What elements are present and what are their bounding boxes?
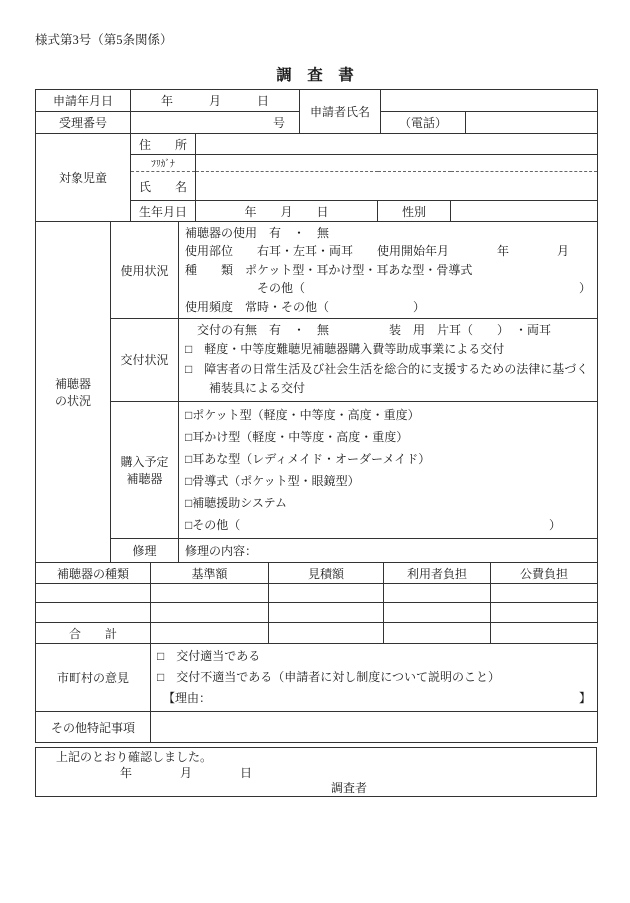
application-date-field: 年 月 日: [131, 90, 300, 112]
hearing-aid-section-label: 補聴器 の状況: [36, 222, 111, 563]
confirmation-block: 上記のとおり確認しました。 年 月 日 調査者: [35, 747, 597, 797]
planned-in-ear-checkbox-line: □耳あな型（レディメイド・オーダーメイド）: [185, 448, 591, 470]
grant-line-existence: 交付の有無 有 ・ 無 装 用 片耳（ ） ・両耳: [185, 321, 591, 340]
cost-row-1: [36, 584, 598, 603]
opinion-appropriate-checkbox-line: □ 交付適当である: [157, 646, 591, 667]
planned-purchase-label-line2: 補聴器: [111, 470, 178, 487]
cost-table: 補聴器の種類 基準額 見積額 利用者負担 公費負担 合: [35, 562, 598, 644]
cost-cell-public-share-1: [491, 584, 598, 603]
usage-line-type: 種 類 ポケット型・耳かけ型・耳あな型・骨導式: [185, 261, 591, 279]
target-child-section-label: 対象児童: [36, 134, 131, 222]
cost-total-label: 合 計: [36, 623, 151, 644]
confirmation-date-line: 年 月 日: [36, 766, 596, 781]
receipt-number-label: 受理番号: [36, 112, 131, 134]
other-notes-field: [151, 712, 598, 743]
cost-header-user-share: 利用者負担: [384, 563, 491, 584]
repair-label: 修理: [111, 539, 179, 563]
target-child-table: 対象児童 住 所 ﾌﾘｶﾞﾅ 氏 名 生年月日 年 月 日 性別: [35, 133, 598, 222]
cost-cell-public-share-2: [491, 603, 598, 623]
cost-header-type: 補聴器の種類: [36, 563, 151, 584]
grant-status-row: 交付状況 交付の有無 有 ・ 無 装 用 片耳（ ） ・両耳 □ 軽度・中等度難…: [36, 319, 598, 402]
form-number: 様式第3号（第5条関係）: [35, 30, 173, 48]
cost-header-public-share: 公費負担: [491, 563, 598, 584]
hearing-aid-section-label-line1: 補聴器: [36, 375, 110, 392]
address-row: 対象児童 住 所: [36, 134, 598, 155]
cost-total-standard: [151, 623, 269, 644]
planned-purchase-label-line1: 購入予定: [111, 453, 178, 470]
applicant-table: 申請年月日 年 月 日 申請者氏名 受理番号 号 （電話）: [35, 89, 598, 134]
hearing-aid-status-table: 補聴器 の状況 使用状況 補聴器の使用 有 ・ 無 使用部位 右耳・左耳・両耳 …: [35, 221, 598, 563]
furigana-label: ﾌﾘｶﾞﾅ: [131, 155, 196, 172]
repair-row: 修理 修理の内容：: [36, 539, 598, 563]
cost-cell-standard-1: [151, 584, 269, 603]
municipality-opinion-row: 市町村の意見 □ 交付適当である □ 交付不適当である（申請者に対し制度について…: [36, 644, 598, 712]
phone-field: [466, 112, 598, 134]
receipt-number-field: 号: [131, 112, 300, 134]
opinion-inappropriate-checkbox-line: □ 交付不適当である（申請者に対し制度について説明のこと）: [157, 667, 591, 688]
usage-line-other: その他（ ）: [185, 279, 591, 297]
applicant-name-field: [381, 90, 598, 112]
planned-purchase-content: □ポケット型（軽度・中等度・高度・重度） □耳かけ型（軽度・中等度・高度・重度）…: [179, 401, 598, 539]
cost-cell-user-share-2: [384, 603, 491, 623]
usage-status-row: 補聴器 の状況 使用状況 補聴器の使用 有 ・ 無 使用部位 右耳・左耳・両耳 …: [36, 222, 598, 319]
usage-status-label: 使用状況: [111, 222, 179, 319]
usage-line-frequency: 使用頻度 常時・その他（ ）: [185, 298, 591, 316]
municipality-opinion-label: 市町村の意見: [36, 644, 151, 712]
hearing-aid-section-label-line2: の状況: [36, 392, 110, 409]
usage-other-close-paren: ）: [579, 279, 591, 297]
cost-header-row: 補聴器の種類 基準額 見積額 利用者負担 公費負担: [36, 563, 598, 584]
form-title: 調 査 書: [0, 63, 630, 85]
planned-other-close-paren: ）: [549, 514, 591, 536]
usage-line-has-aid: 補聴器の使用 有 ・ 無: [185, 224, 591, 242]
cost-cell-type-2: [36, 603, 151, 623]
opinion-table: 市町村の意見 □ 交付適当である □ 交付不適当である（申請者に対し制度について…: [35, 643, 598, 743]
cost-cell-estimate-2: [269, 603, 384, 623]
usage-line-ear-start: 使用部位 右耳・左耳・両耳 使用開始年月 年 月: [185, 242, 591, 260]
birthdate-field: 年 月 日: [196, 201, 378, 222]
gender-field: [451, 201, 598, 222]
cost-row-2: [36, 603, 598, 623]
cost-cell-estimate-1: [269, 584, 384, 603]
repair-content: 修理の内容：: [179, 539, 598, 563]
confirmation-statement: 上記のとおり確認しました。: [36, 750, 596, 765]
gender-label: 性別: [378, 201, 451, 222]
planned-pocket-checkbox-line: □ポケット型（軽度・中等度・高度・重度）: [185, 404, 591, 426]
cost-total-public-share: [491, 623, 598, 644]
usage-other-left: その他（: [185, 279, 305, 297]
planned-other-left: □その他（: [185, 514, 240, 536]
grant-status-label: 交付状況: [111, 319, 179, 402]
cost-total-estimate: [269, 623, 384, 644]
cost-total-user-share: [384, 623, 491, 644]
phone-label: （電話）: [381, 112, 466, 134]
name-field: [196, 172, 598, 201]
address-field: [196, 134, 598, 155]
other-notes-label: その他特記事項: [36, 712, 151, 743]
grant-subsidy-checkbox-line: □ 軽度・中等度難聴児補聴器購入費等助成事業による交付: [185, 340, 591, 359]
planned-behind-ear-checkbox-line: □耳かけ型（軽度・中等度・高度・重度）: [185, 426, 591, 448]
cost-cell-standard-2: [151, 603, 269, 623]
grant-law-checkbox-line: □ 障害者の日常生活及び社会生活を総合的に支援するための法律に基づく: [185, 360, 591, 379]
cost-cell-user-share-1: [384, 584, 491, 603]
form-body: 申請年月日 年 月 日 申請者氏名 受理番号 号 （電話） 対象児童 住 所: [35, 89, 597, 797]
planned-assist-system-checkbox-line: □補聴援助システム: [185, 492, 591, 514]
municipality-opinion-content: □ 交付適当である □ 交付不適当である（申請者に対し制度について説明のこと） …: [151, 644, 598, 712]
investigator-label: 調査者: [36, 781, 596, 796]
applicant-name-label: 申請者氏名: [300, 90, 381, 134]
cost-total-row: 合 計: [36, 623, 598, 644]
cost-cell-type-1: [36, 584, 151, 603]
furigana-field: [196, 155, 598, 172]
opinion-reason-left: 【理由：: [157, 688, 211, 709]
planned-purchase-row: 購入予定 補聴器 □ポケット型（軽度・中等度・高度・重度） □耳かけ型（軽度・中…: [36, 401, 598, 539]
other-notes-row: その他特記事項: [36, 712, 598, 743]
planned-purchase-label: 購入予定 補聴器: [111, 401, 179, 539]
application-date-label: 申請年月日: [36, 90, 131, 112]
opinion-reason-close-bracket: 】: [579, 688, 591, 709]
birthdate-label: 生年月日: [131, 201, 196, 222]
address-label: 住 所: [131, 134, 196, 155]
cost-header-standard: 基準額: [151, 563, 269, 584]
planned-bone-conduction-checkbox-line: □骨導式（ポケット型・眼鏡型）: [185, 470, 591, 492]
grant-law-checkbox-line-cont: 補装具による交付: [185, 379, 591, 398]
opinion-reason-line: 【理由： 】: [157, 688, 591, 709]
application-date-row: 申請年月日 年 月 日 申請者氏名: [36, 90, 598, 112]
cost-header-estimate: 見積額: [269, 563, 384, 584]
document-page: 様式第3号（第5条関係） 調 査 書 申請年月日 年 月 日 申請者氏名 受理番…: [0, 0, 630, 903]
planned-other-checkbox-line: □その他（ ）: [185, 514, 591, 536]
name-label: 氏 名: [131, 172, 196, 201]
grant-status-content: 交付の有無 有 ・ 無 装 用 片耳（ ） ・両耳 □ 軽度・中等度難聴児補聴器…: [179, 319, 598, 402]
usage-status-content: 補聴器の使用 有 ・ 無 使用部位 右耳・左耳・両耳 使用開始年月 年 月 種 …: [179, 222, 598, 319]
